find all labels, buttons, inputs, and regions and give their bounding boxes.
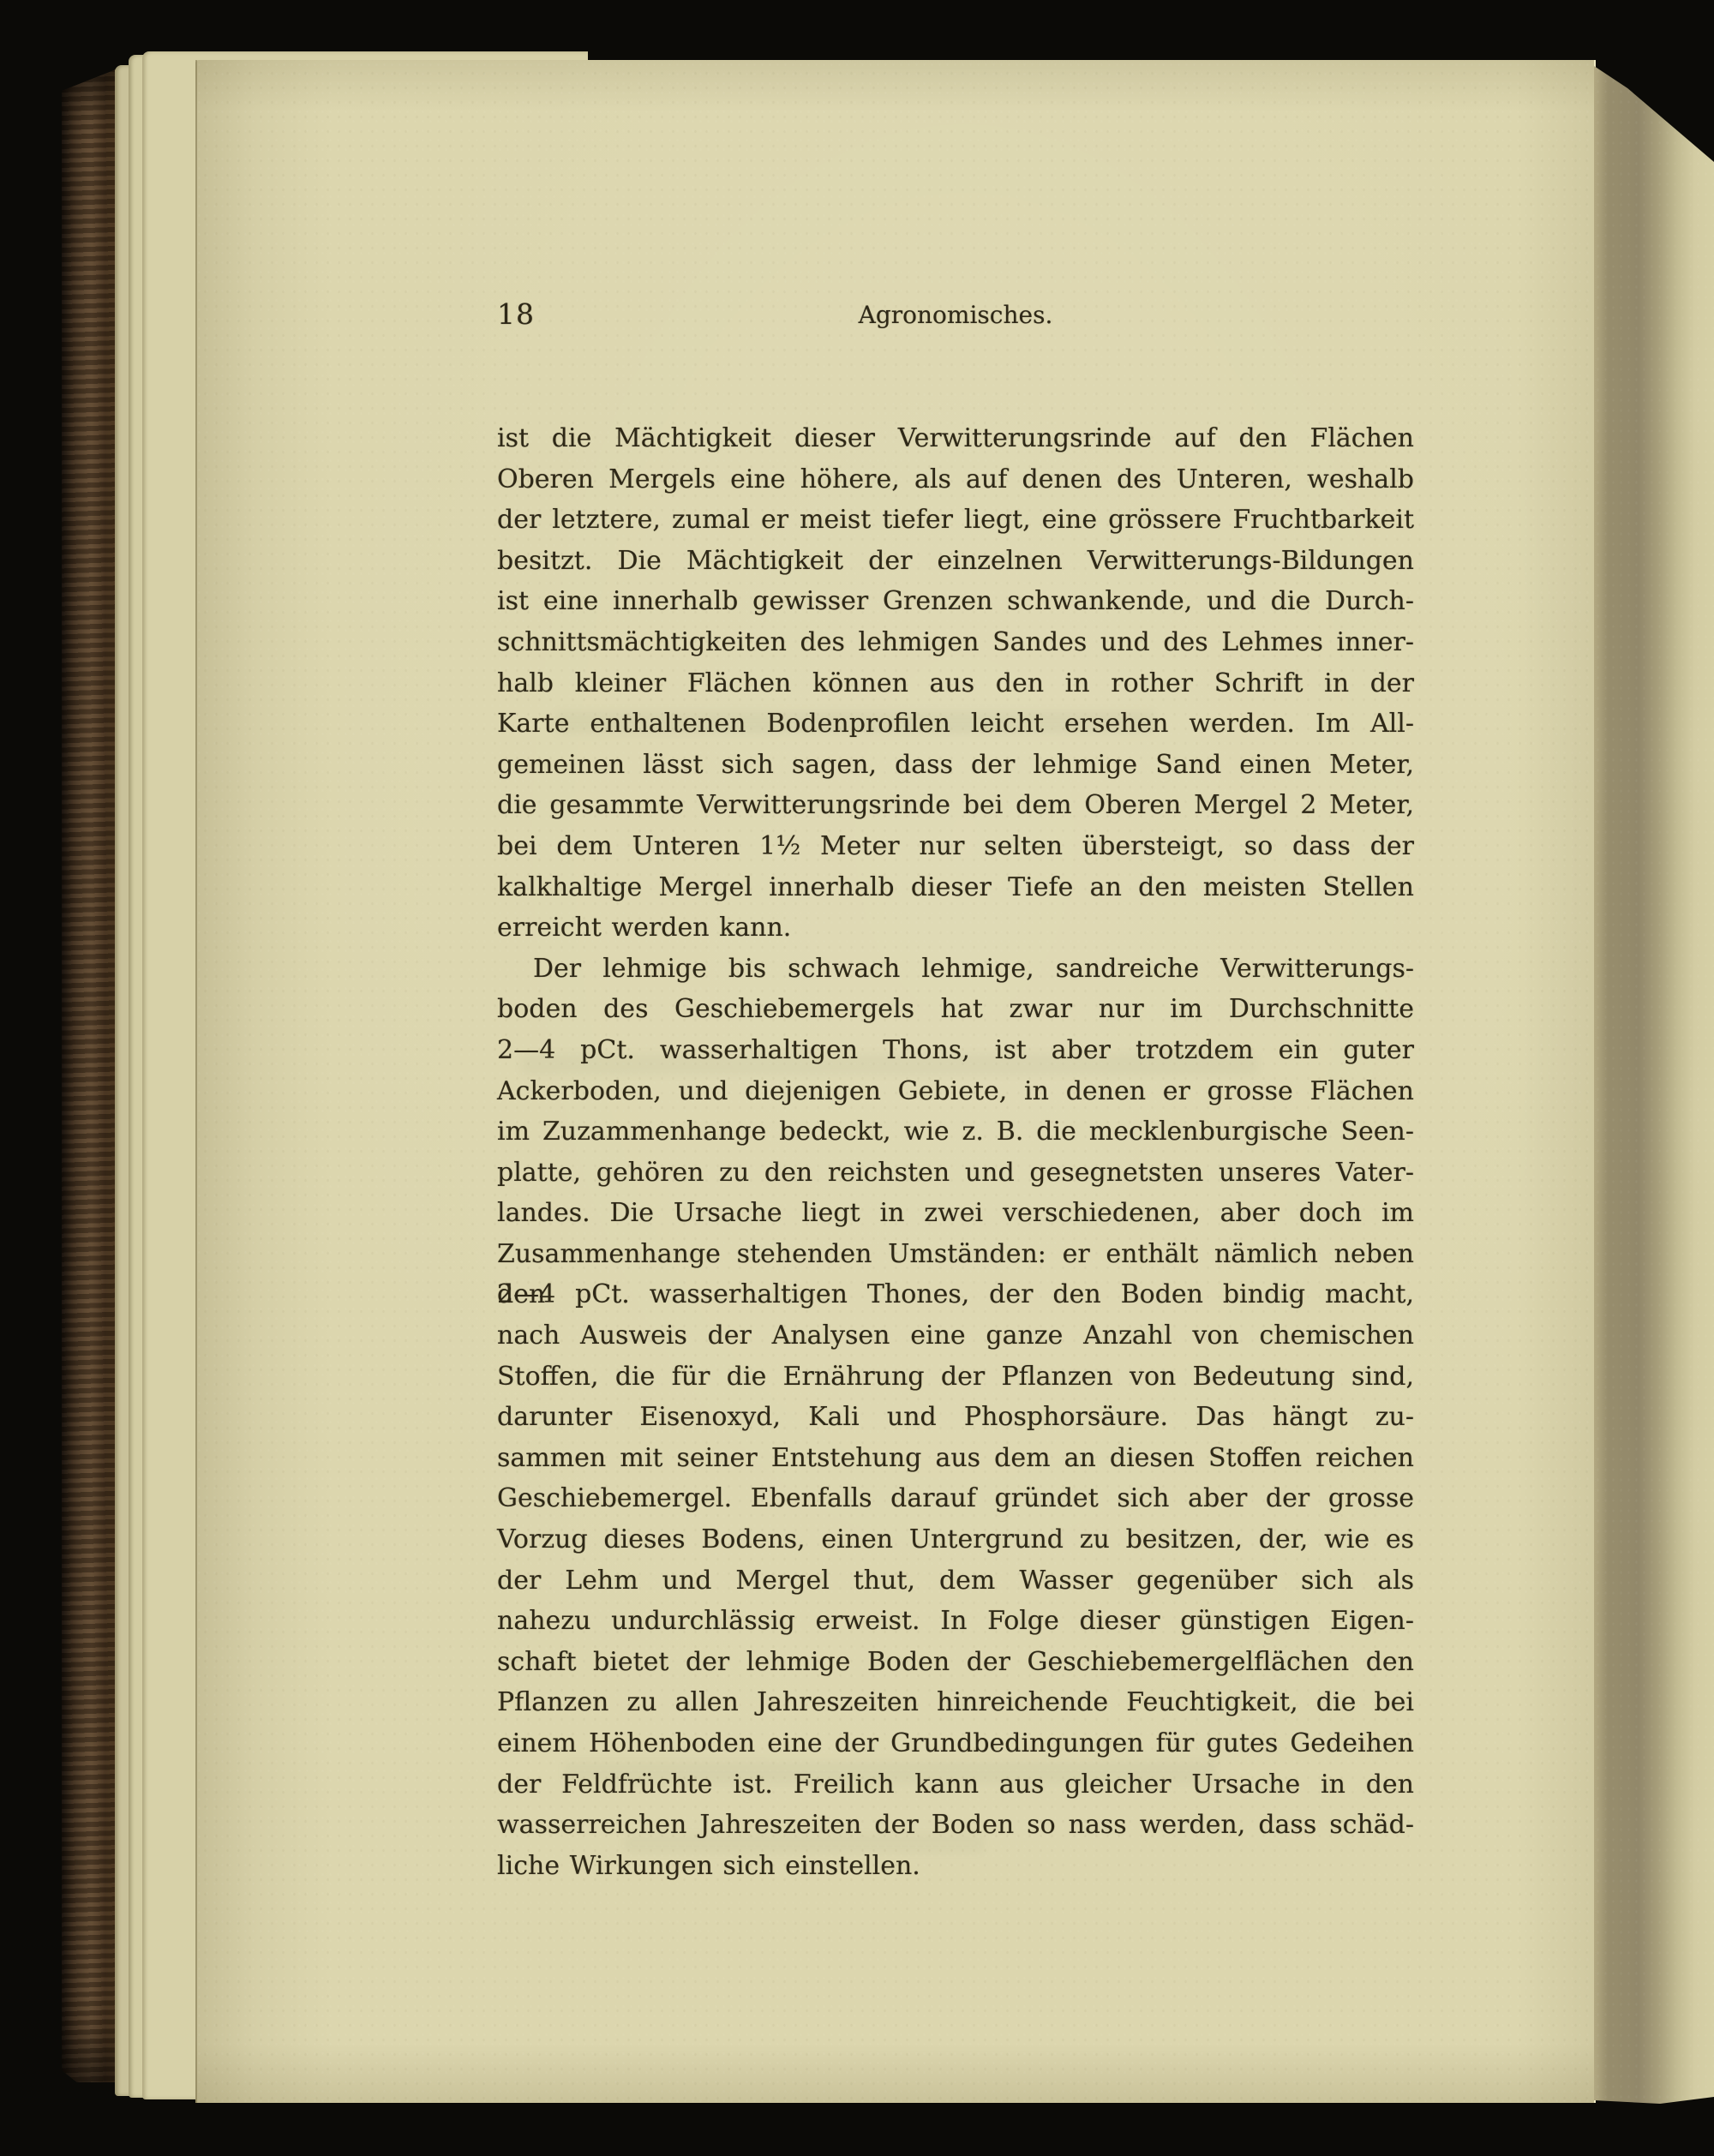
text-line: einem Höhenboden eine der Grundbedingung…	[497, 1723, 1414, 1764]
text-line: Geschiebemergel. Ebenfalls darauf gründe…	[497, 1478, 1414, 1519]
text-line: nach Ausweis der Analysen eine ganze Anz…	[497, 1315, 1414, 1356]
text-line: 2—4 pCt. wasserhaltigen Thones, der den …	[497, 1274, 1414, 1315]
text-line: gemeinen lässt sich sagen, dass der lehm…	[497, 745, 1414, 786]
text-line: der Lehm und Mergel thut, dem Wasser geg…	[497, 1560, 1414, 1602]
text-line: Oberen Mergels eine höhere, als auf dene…	[497, 459, 1414, 500]
text-line: Stoffen, die für die Ernährung der Pflan…	[497, 1356, 1414, 1398]
next-page-edge	[1594, 66, 1714, 2104]
book-spine	[62, 69, 118, 2082]
running-head: Agronomisches.	[497, 301, 1414, 329]
text-line: bei dem Unteren 1¹⁄₂ Meter nur selten üb…	[497, 826, 1414, 867]
scanned-book-photo: 18 Agronomisches. ist die Mächtigkeit di…	[0, 0, 1714, 2156]
text-line: Vorzug dieses Bodens, einen Untergrund z…	[497, 1519, 1414, 1560]
text-line: der letztere, zumal er meist tiefer lieg…	[497, 500, 1414, 541]
text-line: kalkhaltige Mergel innerhalb dieser Tief…	[497, 867, 1414, 908]
text-line: schnittsmächtigkeiten des lehmigen Sande…	[497, 622, 1414, 663]
text-line: Karte enthaltenen Bodenprofilen leicht e…	[497, 704, 1414, 745]
text-line: ist die Mächtigkeit dieser Verwitterungs…	[497, 418, 1414, 459]
text-line: landes. Die Ursache liegt in zwei versch…	[497, 1193, 1414, 1234]
text-line: Der lehmige bis schwach lehmige, sandrei…	[497, 949, 1414, 990]
page-header: 18 Agronomisches.	[497, 292, 1414, 338]
page-content: 18 Agronomisches. ist die Mächtigkeit di…	[497, 292, 1414, 338]
text-line: sammen mit seiner Entstehung aus dem an …	[497, 1438, 1414, 1479]
text-line: 2—4 pCt. wasserhaltigen Thons, ist aber …	[497, 1030, 1414, 1071]
text-line: wasserreichen Jahreszeiten der Boden so …	[497, 1805, 1414, 1846]
text-line: darunter Eisenoxyd, Kali und Phosphorsäu…	[497, 1397, 1414, 1438]
text-line: Pflanzen zu allen Jahreszeiten hinreiche…	[497, 1682, 1414, 1723]
text-line: platte, gehören zu den reichsten und ges…	[497, 1153, 1414, 1194]
text-line: ist eine innerhalb gewisser Grenzen schw…	[497, 581, 1414, 622]
text-line: besitzt. Die Mächtigkeit der einzelnen V…	[497, 541, 1414, 582]
text-line: erreicht werden kann.	[497, 907, 1414, 949]
text-line: der Feldfrüchte ist. Freilich kann aus g…	[497, 1764, 1414, 1806]
text-line: liche Wirkungen sich einstellen.	[497, 1846, 1414, 1887]
text-line: Zusammenhange stehenden Umständen: er en…	[497, 1234, 1414, 1275]
text-line: Ackerboden, und diejenigen Gebiete, in d…	[497, 1071, 1414, 1112]
book-page: 18 Agronomisches. ist die Mächtigkeit di…	[195, 60, 1594, 2103]
text-line: halb kleiner Flächen können aus den in r…	[497, 663, 1414, 704]
text-line: schaft bietet der lehmige Boden der Gesc…	[497, 1642, 1414, 1683]
paper-texture	[1594, 66, 1714, 2104]
text-line: die gesammte Verwitterungsrinde bei dem …	[497, 785, 1414, 826]
text-line: nahezu undurchlässig erweist. In Folge d…	[497, 1601, 1414, 1642]
body-text: ist die Mächtigkeit dieser Verwitterungs…	[497, 418, 1414, 1886]
text-line: im Zuzammenhange bedeckt, wie z. B. die …	[497, 1111, 1414, 1153]
text-line: boden des Geschiebemergels hat zwar nur …	[497, 989, 1414, 1030]
